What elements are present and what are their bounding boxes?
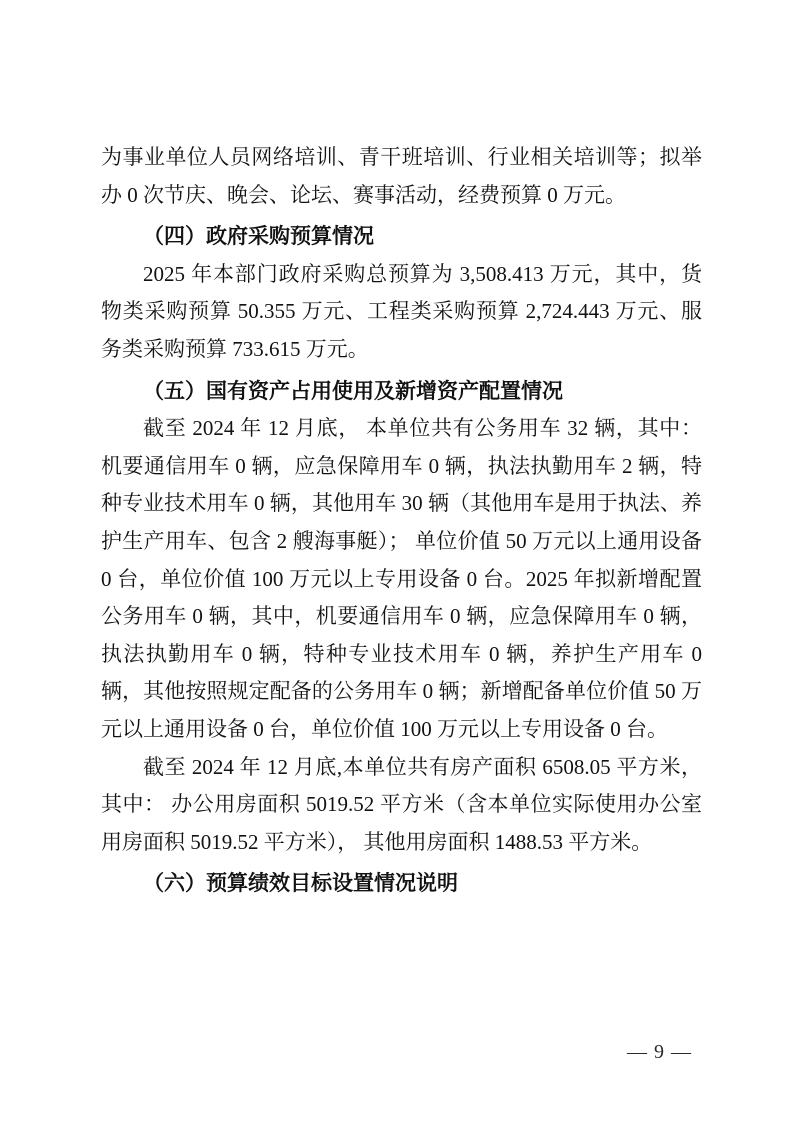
page-number: — 9 — — [627, 1041, 692, 1063]
section-heading-performance-targets: （六）预算绩效目标设置情况说明 — [101, 865, 702, 903]
page-footer: — 9 — — [627, 1040, 692, 1064]
document-page: 为事业单位人员网络培训、青干班培训、行业相关培训等；拟举办 0 次节庆、晚会、论… — [0, 0, 793, 1122]
section-heading-government-procurement: （四）政府采购预算情况 — [101, 218, 702, 256]
paragraph-procurement-budget: 2025 年本部门政府采购总预算为 3,508.413 万元，其中，货物类采购预… — [101, 256, 702, 369]
paragraph-property-area: 截至 2024 年 12 月底,本单位共有房产面积 6508.05 平方米，其中… — [101, 749, 702, 862]
paragraph-training-activities: 为事业单位人员网络培训、青干班培训、行业相关培训等；拟举办 0 次节庆、晚会、论… — [101, 139, 702, 214]
paragraph-vehicles-equipment: 截至 2024 年 12 月底， 本单位共有公务用车 32 辆，其中： 机要通信… — [101, 410, 702, 748]
document-body: 为事业单位人员网络培训、青干班培训、行业相关培训等；拟举办 0 次节庆、晚会、论… — [101, 139, 702, 903]
section-heading-state-assets: （五）国有资产占用使用及新增资产配置情况 — [101, 373, 702, 411]
